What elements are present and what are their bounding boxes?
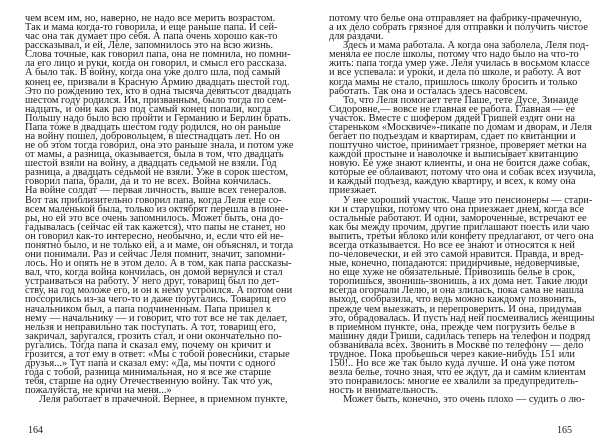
left-page-text: чем всем им, но, наверно, не надо все ме… bbox=[25, 14, 271, 404]
book-spread: чем всем им, но, наверно, не надо все ме… bbox=[0, 0, 600, 443]
text-line: Леля работает в прачечной. Вернее, в при… bbox=[25, 395, 271, 404]
right-page-text: потому что белье она отправляет на фабри… bbox=[329, 14, 575, 404]
right-page: потому что белье она отправляет на фабри… bbox=[300, 0, 600, 443]
text-line: Может быть, конечно, это очень плохо — с… bbox=[329, 395, 575, 404]
right-page-number: 165 bbox=[557, 425, 572, 436]
left-page: чем всем им, но, наверно, не надо все ме… bbox=[0, 0, 300, 443]
left-page-number: 164 bbox=[28, 425, 43, 436]
